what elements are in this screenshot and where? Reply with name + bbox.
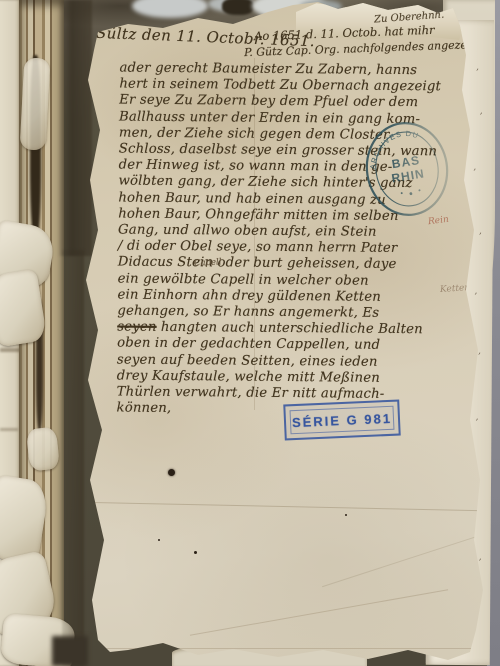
manuscript-line: hangten auch unterschiedliche Balten (156, 320, 422, 337)
tear-line (0, 348, 21, 352)
archive-oval-stamp: ARCHIVES DU BAS RHIN (355, 114, 459, 225)
ink-speck (194, 551, 197, 554)
ink-edge-mark: ’ (475, 418, 478, 428)
ink-edge-mark: ’ (478, 352, 481, 362)
ink-edge-mark: ’ (478, 558, 481, 568)
margin-note: Ketten (440, 283, 471, 295)
fold-crease (322, 534, 484, 587)
ink-blot (168, 469, 175, 476)
interlinear-insertion: Capell (194, 257, 222, 268)
serie-stamp-text: SÉRIE G 981 (292, 410, 393, 429)
ink-edge-mark: ’ (480, 112, 483, 122)
ink-edge-mark: ’ (473, 168, 476, 178)
bundle-gap-shadow (62, 250, 84, 666)
crumpled-paper-corner (20, 57, 51, 150)
serie-stamp-inner-border: SÉRIE G 981 (290, 406, 395, 435)
ink-edge-mark: ’ (474, 292, 477, 302)
serie-g981-stamp: SÉRIE G 981 (283, 399, 400, 440)
ink-speck (345, 514, 347, 516)
bundle-gap-shadow (58, 0, 92, 256)
fold-crease (190, 589, 448, 635)
fold-crease (86, 502, 478, 511)
manuscript-page: Sültz den 11. Octobr. 1651. Zu Oberehnh.… (68, 0, 492, 666)
struck-word: seyen (117, 320, 156, 335)
manuscript-body: ader gerecht Baumeister Zu Zabern, hanns… (116, 60, 465, 419)
crumpled-paper-corner (26, 427, 60, 472)
ink-edge-mark: ’ (476, 68, 479, 78)
shadow-notch (222, 0, 254, 15)
ink-edge-mark: ’ (479, 232, 482, 242)
tear-line (0, 428, 18, 431)
ink-speck (158, 539, 160, 541)
bottom-corner-shadow (52, 636, 88, 666)
